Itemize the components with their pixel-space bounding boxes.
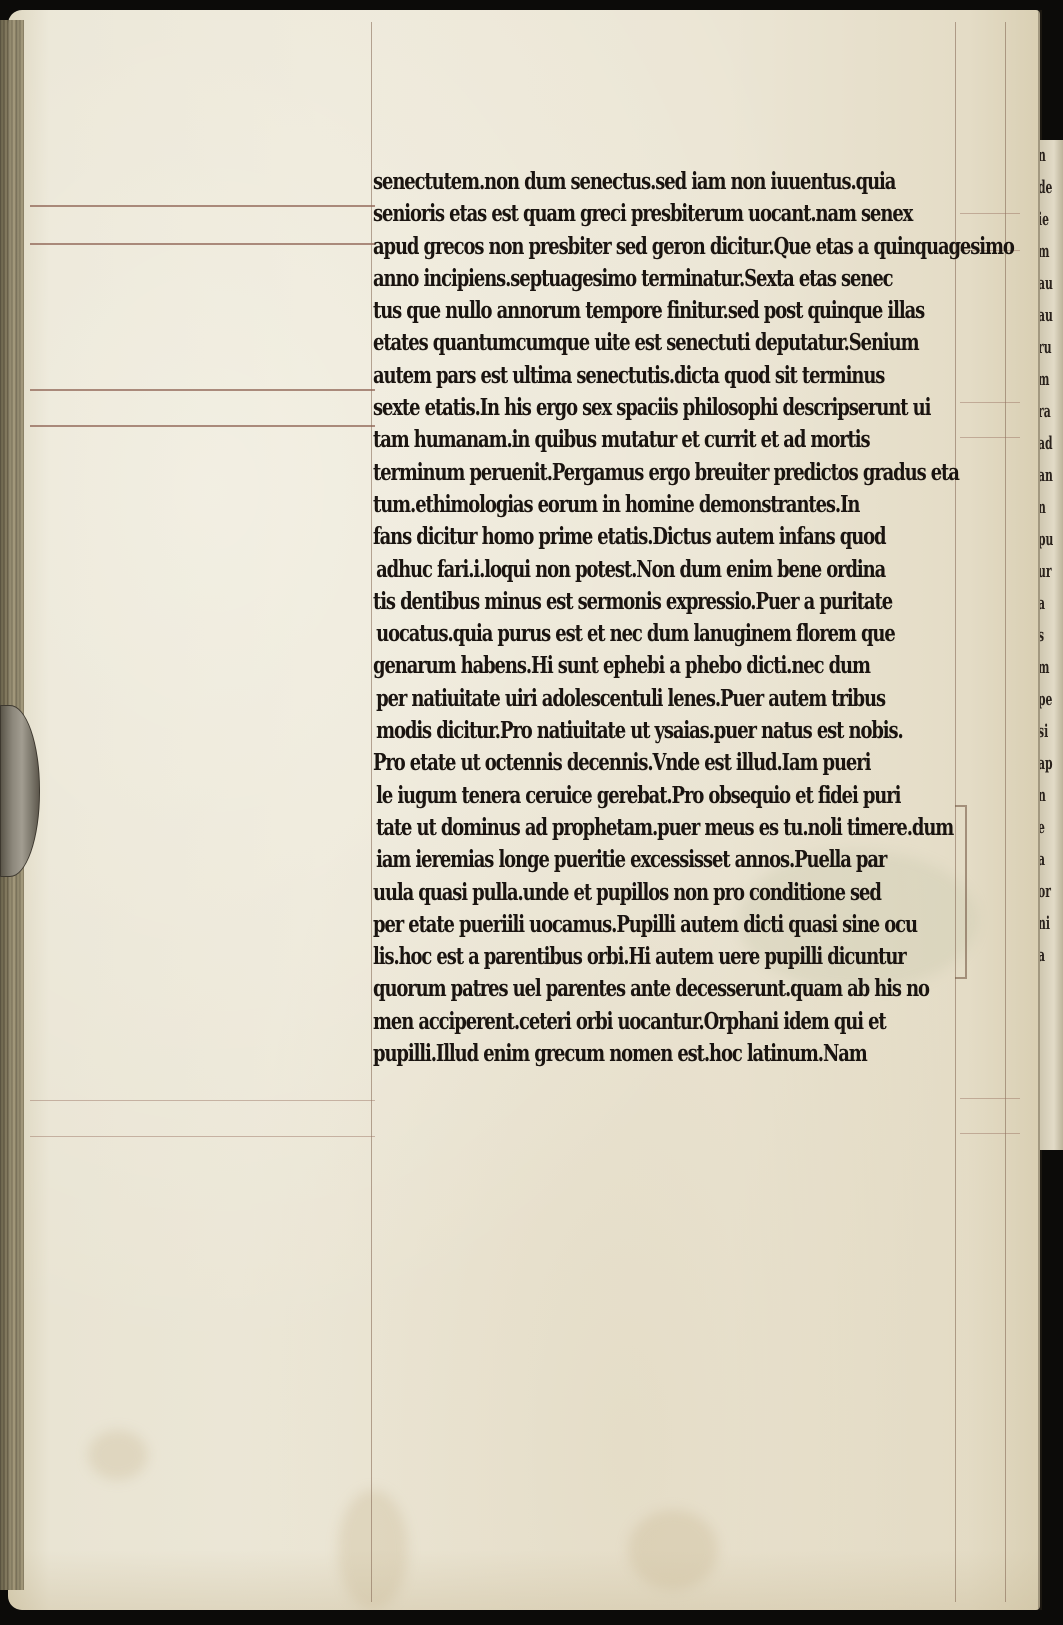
parchment-stain: [88, 1430, 148, 1480]
text-line: sexte etatis.In his ergo sex spaciis phi…: [373, 392, 841, 424]
ruling-line: [30, 1136, 375, 1137]
text-line: senectutem.non dum senectus.sed iam non …: [373, 166, 841, 198]
page-bottom-shade: [8, 1550, 1040, 1610]
text-line: Pro etate ut octennis decennis.Vnde est …: [373, 747, 841, 779]
text-line: pupilli.Illud enim grecum nomen est.hoc …: [373, 1038, 841, 1070]
ruling-line: [30, 1100, 375, 1101]
ruling-line: [30, 389, 375, 391]
text-line: per etate pueriili uocamus.Pupilli autem…: [373, 909, 841, 941]
text-block: senectutem.non dum senectus.sed iam non …: [373, 166, 973, 1070]
ruling-line: [960, 1133, 1020, 1134]
text-line: terminum peruenit.Pergamus ergo breuiter…: [373, 457, 841, 489]
text-line: tate ut dominus ad prophetam.puer meus e…: [373, 812, 841, 844]
text-line: iam ieremias longe pueritie excessisset …: [373, 844, 841, 876]
text-line: apud grecos non presbiter sed geron dici…: [373, 231, 841, 263]
ruling-line: [30, 425, 375, 427]
text-line: uocatus.quia purus est et nec dum lanugi…: [373, 618, 841, 650]
text-line: adhuc fari.i.loqui non potest.Non dum en…: [373, 554, 841, 586]
ruling-line: [30, 205, 375, 207]
text-line: anno incipiens.septuagesimo terminatur.S…: [373, 263, 841, 295]
text-line: tus que nullo annorum tempore finitur.se…: [373, 295, 841, 327]
text-line: fans dicitur homo prime etatis.Dictus au…: [373, 521, 841, 553]
facing-page-text: n de ie m au au ru m ra ad an n pu ur a …: [1040, 140, 1053, 972]
ruling-line: [960, 1098, 1020, 1099]
text-line: modis dicitur.Pro natiuitate ut ysaias.p…: [373, 715, 841, 747]
text-line: etates quantumcumque uite est senectuti …: [373, 327, 841, 359]
ruling-line: [30, 243, 375, 245]
ruling-line-left-margin: [371, 22, 372, 1602]
text-line: uula quasi pulla.unde et pupillos non pr…: [373, 877, 841, 909]
text-line: men acciperent.ceteri orbi uocantur.Orph…: [373, 1006, 841, 1038]
text-line: le iugum tenera ceruice gerebat.Pro obse…: [373, 780, 841, 812]
text-line: tis dentibus minus est sermonis expressi…: [373, 586, 841, 618]
text-line: quorum patres uel parentes ante decesser…: [373, 973, 841, 1005]
text-line: per natiuitate uiri adolescentuli lenes.…: [373, 683, 841, 715]
facing-page-edge: n de ie m au au ru m ra ad an n pu ur a …: [1040, 140, 1063, 1150]
text-line: senioris etas est quam greci presbiterum…: [373, 198, 841, 230]
text-line: lis.hoc est a parentibus orbi.Hi autem u…: [373, 941, 841, 973]
text-line: tam humanam.in quibus mutatur et currit …: [373, 424, 841, 456]
text-line: autem pars est ultima senectutis.dicta q…: [373, 360, 841, 392]
text-line: genarum habens.Hi sunt ephebi a phebo di…: [373, 650, 841, 682]
text-line: tum.ethimologias eorum in homine demonst…: [373, 489, 841, 521]
